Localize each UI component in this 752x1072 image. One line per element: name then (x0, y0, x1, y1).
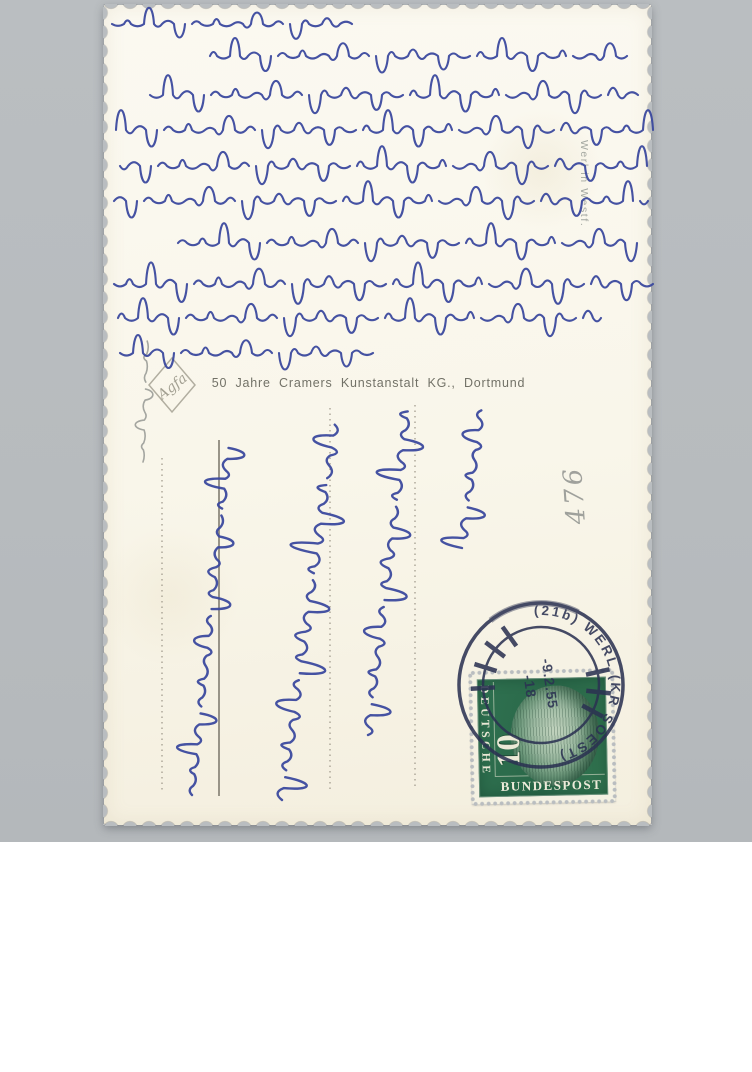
deckle-edge-bottom (103, 818, 652, 826)
stamp-service-label: BUNDESPOST (495, 777, 608, 795)
postcard-scan: 50 Jahre Cramers Kunstanstalt KG., Dortm… (0, 0, 752, 1072)
stamp-perforation-right (610, 669, 618, 801)
deckle-edge-left (103, 5, 111, 825)
side-caption: Werl in Westf. (578, 140, 590, 227)
postcard-back: 50 Jahre Cramers Kunstanstalt KG., Dortm… (104, 5, 651, 825)
stamp-perforation-left (468, 672, 476, 804)
deckle-edge-top (103, 4, 652, 12)
pencil-number: 476 (531, 462, 619, 528)
stamp-value: 10 (489, 729, 530, 772)
stamp-perforation-bottom (472, 798, 615, 806)
publisher-imprint: 50 Jahre Cramers Kunstanstalt KG., Dortm… (104, 376, 633, 390)
stamp-design: DEUTSCHE 10 BUNDESPOST (477, 677, 608, 798)
stamp-perforation-top (470, 668, 613, 676)
deckle-edge-right (644, 5, 652, 825)
postage-stamp: DEUTSCHE 10 BUNDESPOST (470, 670, 616, 805)
